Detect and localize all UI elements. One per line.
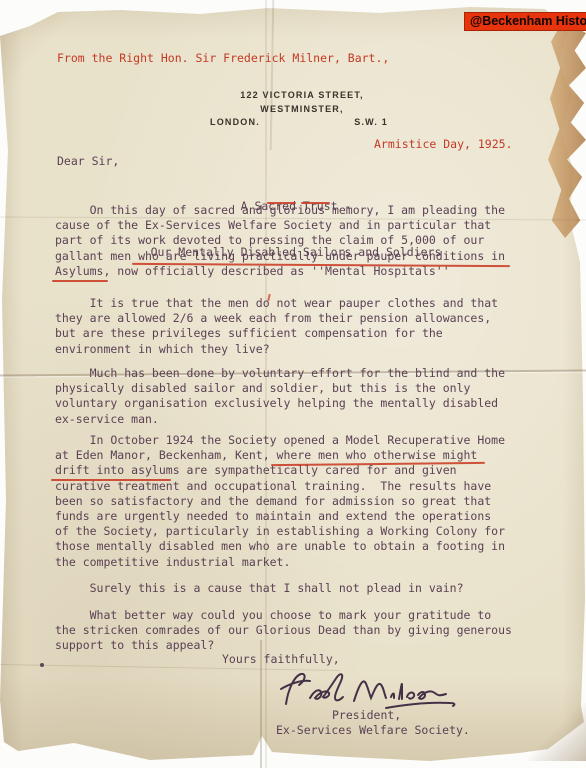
closing: Yours faithfully, — [222, 652, 340, 667]
ink-blot — [40, 663, 44, 667]
paragraph-6: What better way could you choose to mark… — [55, 608, 512, 654]
from-line: From the Right Hon. Sir Frederick Milner… — [57, 51, 389, 66]
paragraph-3: Much has been done by voluntary effort f… — [55, 366, 505, 427]
address-line-1: 122 VICTORIA STREET, — [208, 89, 396, 103]
watermark-badge: @Beckenham History — [464, 12, 586, 31]
address-postcode: S.W. 1 — [354, 116, 388, 130]
paragraph-2: It is true that the men do not wear paup… — [55, 296, 498, 357]
signature-org: Ex-Services Welfare Society. — [276, 723, 470, 738]
address-line-2: WESTMINSTER, — [208, 103, 396, 117]
corner-fold — [528, 703, 586, 761]
paragraph-5: Surely this is a cause that I shall not … — [55, 581, 464, 596]
salutation: Dear Sir, — [57, 154, 119, 169]
letter-photo: From the Right Hon. Sir Frederick Milner… — [0, 0, 586, 768]
paragraph-4: In October 1924 the Society opened a Mod… — [55, 433, 505, 570]
address-city: LONDON. — [210, 116, 260, 130]
paragraph-1: On this day of sacred and glorious memor… — [55, 203, 505, 279]
letterhead-address: 122 VICTORIA STREET, WESTMINSTER, LONDON… — [208, 89, 396, 130]
signature-title: President, — [332, 708, 401, 723]
address-line-3: LONDON. S.W. 1 — [208, 116, 396, 130]
date-line: Armistice Day, 1925. — [374, 137, 512, 152]
